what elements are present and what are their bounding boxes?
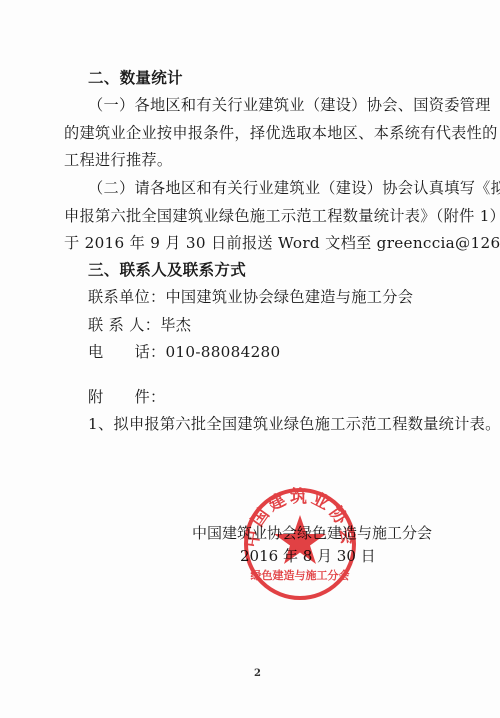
attachment-item: 1、拟申报第六批全国建筑业绿色施工示范工程数量统计表。	[88, 414, 478, 434]
paragraph-line-email: 于 2016 年 9 月 30 日前报送 Word 文档至 greenccia@…	[64, 233, 454, 253]
section-heading-contacts: 三、联系人及联系方式	[88, 260, 478, 280]
contact-value: 中国建筑业协会绿色建造与施工分会	[165, 288, 413, 306]
paragraph-line: 工程进行推荐。	[64, 150, 454, 170]
paragraph-line: 的建筑业企业按申报条件，择优选取本地区、本系统有代表性的	[64, 123, 454, 143]
contact-label: 电 话：	[88, 342, 165, 362]
paragraph-line: （二）请各地区和有关行业建筑业（建设）协会认真填写《拟	[88, 178, 478, 198]
contact-row-phone: 电 话：010-88084280	[88, 342, 478, 362]
paragraph-line: （一）各地区和有关行业建筑业（建设）协会、国资委管理	[88, 95, 454, 115]
page-number: 2	[254, 668, 261, 679]
contact-label: 联系单位：	[88, 287, 165, 307]
attachments-label: 附 件：	[88, 387, 478, 407]
section-heading-quantity-statistics: 二、数量统计	[88, 68, 478, 88]
contact-label: 联 系 人：	[88, 315, 160, 335]
contact-value: 010-88084280	[165, 343, 280, 361]
contact-row-person: 联 系 人：毕杰	[88, 315, 478, 335]
contact-value: 毕杰	[160, 316, 191, 334]
paragraph-line: 申报第六批全国建筑业绿色施工示范工程数量统计表》（附件 1）	[64, 206, 454, 226]
official-seal-icon: 中国建筑业协会 绿色建造与施工分会	[243, 487, 357, 601]
seal-bottom-text: 绿色建造与施工分会	[250, 568, 350, 582]
document-page: 二、数量统计 （一）各地区和有关行业建筑业（建设）协会、国资委管理 的建筑业企业…	[0, 0, 500, 718]
contact-row-organization: 联系单位：中国建筑业协会绿色建造与施工分会	[88, 287, 478, 307]
